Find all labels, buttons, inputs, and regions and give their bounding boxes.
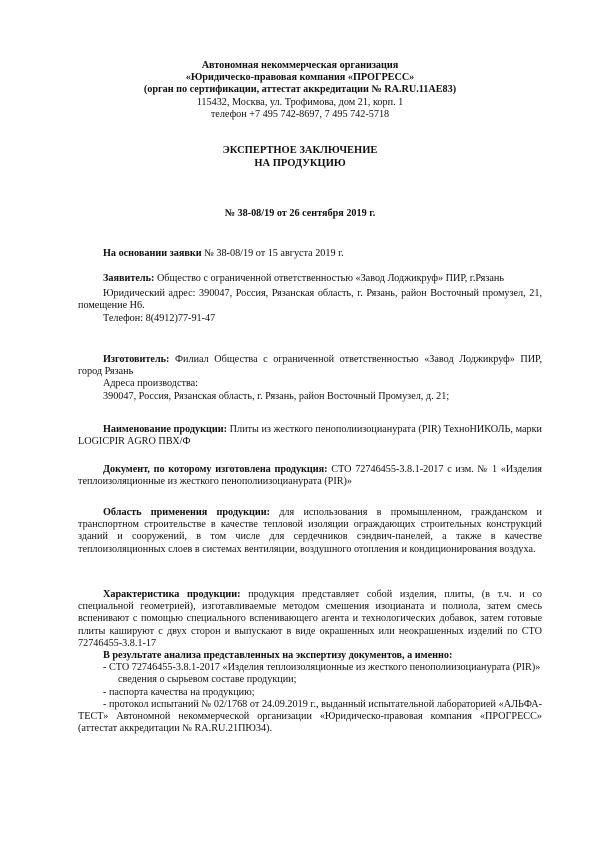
characteristics-section: Характеристика продукции: продукция пред… [78, 589, 542, 650]
letterhead: Автономная некоммерческая организация «Ю… [100, 60, 500, 121]
production-address: 390047, Россия, Рязанская область, г. Ря… [78, 391, 542, 403]
applicant-label: Заявитель: [103, 273, 154, 284]
basis-label: На основании заявки [103, 248, 202, 259]
basis-text: № 38-08/19 от 15 августа 2019 г. [202, 248, 344, 259]
org-address: 115432, Москва, ул. Трофимова, дом 21, к… [100, 97, 500, 109]
manufacturer-section: Изготовитель: Филиал Общества с ограниче… [78, 354, 542, 403]
org-name: «Юридическо-правовая компания «ПРОГРЕСС» [100, 72, 500, 84]
manufacturer-label: Изготовитель: [103, 354, 169, 365]
document-title: ЭКСПЕРТНОЕ ЗАКЛЮЧЕНИЕ НА ПРОДУКЦИЮ [150, 145, 450, 170]
standard-label: Документ, по которому изготовлена продук… [103, 464, 328, 475]
analysis-label: В результате анализа представленных на э… [78, 650, 542, 662]
applicant-phone: Телефон: 8(4912)77-91-47 [78, 313, 542, 325]
product-label: Наименование продукции: [103, 424, 227, 435]
org-phone: телефон +7 495 742-8697, 7 495 742-5718 [100, 109, 500, 121]
title-line-2: НА ПРОДУКЦИЮ [150, 158, 450, 171]
applicant-text: Общество с ограниченной ответственностью… [154, 273, 504, 284]
document-number: № 38-08/19 от 26 сентября 2019 г. [150, 208, 450, 220]
production-address-label: Адреса производства: [78, 378, 542, 390]
analysis-item: - протокол испытаний № 02/1768 от 24.09.… [78, 699, 542, 736]
title-line-1: ЭКСПЕРТНОЕ ЗАКЛЮЧЕНИЕ [150, 145, 450, 158]
product-section: Наименование продукции: Плиты из жестког… [78, 424, 542, 448]
analysis-item: - СТО 72746455-3.8.1-2017 «Изделия тепло… [78, 662, 542, 674]
analysis-section: В результате анализа представленных на э… [78, 650, 542, 735]
org-type: Автономная некоммерческая организация [100, 60, 500, 72]
standard-section: Документ, по которому изготовлена продук… [78, 464, 542, 488]
scope-label: Область применения продукции: [103, 507, 270, 518]
applicant-section: Заявитель: Общество с ограниченной ответ… [78, 273, 542, 325]
applicant-legal-address: Юридический адрес: 390047, Россия, Рязан… [78, 288, 542, 312]
scope-section: Область применения продукции: для исполь… [78, 507, 542, 556]
characteristics-label: Характеристика продукции: [103, 589, 240, 600]
document-page: Автономная некоммерческая организация «Ю… [0, 0, 595, 842]
accreditation-line: (орган по сертификации, аттестат аккреди… [100, 84, 500, 96]
analysis-item: сведения о сырьевом составе продукции; [78, 674, 542, 686]
analysis-item: - паспорта качества на продукцию; [78, 687, 542, 699]
basis-paragraph: На основании заявки № 38-08/19 от 15 авг… [78, 248, 542, 260]
